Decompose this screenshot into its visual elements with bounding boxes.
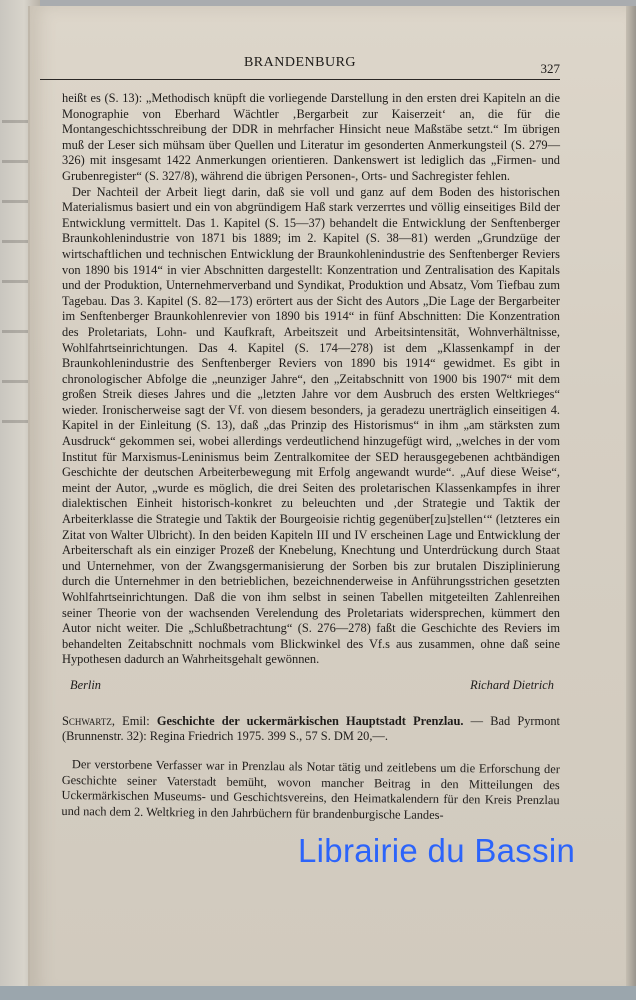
page-stack-edge [626,6,636,996]
book-author-surname: Schwartz [62,714,112,728]
book-citation: Schwartz, Emil: Geschichte der uckermärk… [62,714,560,745]
review-place: Berlin [70,678,101,694]
header-rule [40,79,560,80]
review-signature: Berlin Richard Dietrich [62,678,560,694]
watermark: Librairie du Bassin [298,832,575,870]
running-title: BRANDENBURG [40,55,560,71]
book-title: Geschichte der uckermärkischen Hauptstad… [157,714,464,728]
review1-paragraph-2: Der Nachteil der Arbeit liegt darin, daß… [62,185,560,668]
page-body: heißt es (S. 13): „Methodisch knüpft die… [62,91,560,819]
review2-paragraph-1: Der verstorbene Verfasser war in Prenzla… [61,757,560,825]
running-header: BRANDENBURG 327 [40,55,560,83]
review1-paragraph-1: heißt es (S. 13): „Methodisch knüpft die… [62,91,560,185]
page-number: 327 [541,61,561,77]
background-surface [0,986,636,1000]
book-author-given: , Emil: [112,714,157,728]
reviewer-name: Richard Dietrich [470,678,554,694]
